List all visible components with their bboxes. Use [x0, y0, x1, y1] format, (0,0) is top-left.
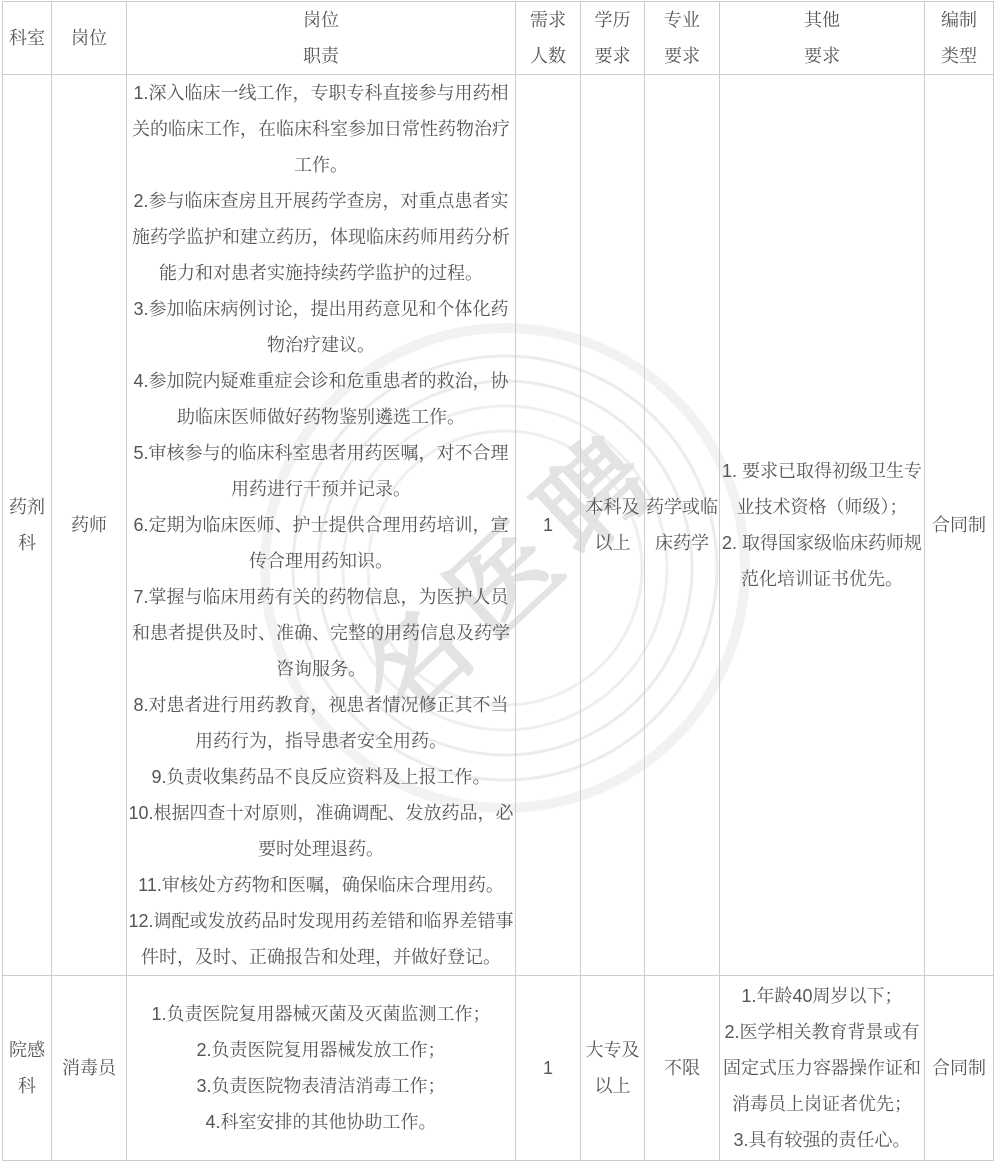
header-contract: 编制 类型: [925, 2, 994, 75]
cell-contract: 合同制: [925, 976, 994, 1161]
cell-position: 药师: [52, 75, 127, 976]
header-major: 专业 要求: [645, 2, 720, 75]
header-duties: 岗位 职责: [127, 2, 516, 75]
recruitment-table: 科室 岗位 岗位 职责 需求 人数 学历 要求 专业 要求 其他 要求 编制 类…: [2, 1, 994, 1161]
cell-major: 药学或临床药学: [645, 75, 720, 976]
cell-position: 消毒员: [52, 976, 127, 1161]
cell-other: 1. 要求已取得初级卫生专业技术资格（师级）； 2. 取得国家级临床药师规范化培…: [720, 75, 925, 976]
cell-major: 不限: [645, 976, 720, 1161]
table-row-infection: 院感科 消毒员 1.负责医院复用器械灭菌及灭菌监测工作； 2.负责医院复用器械发…: [3, 976, 994, 1161]
cell-other: 1.年龄40周岁以下； 2.医学相关教育背景或有固定式压力容器操作证和消毒员上岗…: [720, 976, 925, 1161]
cell-education: 本科及以上: [581, 75, 645, 976]
table-row-pharmacy: 药剂科 药师 1.深入临床一线工作，专职专科直接参与用药相关的临床工作，在临床科…: [3, 75, 994, 976]
cell-department: 院感科: [3, 976, 52, 1161]
header-position: 岗位: [52, 2, 127, 75]
cell-headcount: 1: [516, 75, 581, 976]
header-department: 科室: [3, 2, 52, 75]
header-other: 其他 要求: [720, 2, 925, 75]
header-headcount: 需求 人数: [516, 2, 581, 75]
recruitment-table-page: 名医聘 科室 岗位 岗位 职责 需求 人数 学历 要求 专业 要求 其他 要求 …: [0, 0, 995, 1162]
cell-headcount: 1: [516, 976, 581, 1161]
cell-duties: 1.负责医院复用器械灭菌及灭菌监测工作； 2.负责医院复用器械发放工作； 3.负…: [127, 976, 516, 1161]
cell-contract: 合同制: [925, 75, 994, 976]
cell-duties: 1.深入临床一线工作，专职专科直接参与用药相关的临床工作，在临床科室参加日常性药…: [127, 75, 516, 976]
header-row: 科室 岗位 岗位 职责 需求 人数 学历 要求 专业 要求 其他 要求 编制 类…: [3, 2, 994, 75]
cell-department: 药剂科: [3, 75, 52, 976]
header-education: 学历 要求: [581, 2, 645, 75]
cell-education: 大专及以上: [581, 976, 645, 1161]
